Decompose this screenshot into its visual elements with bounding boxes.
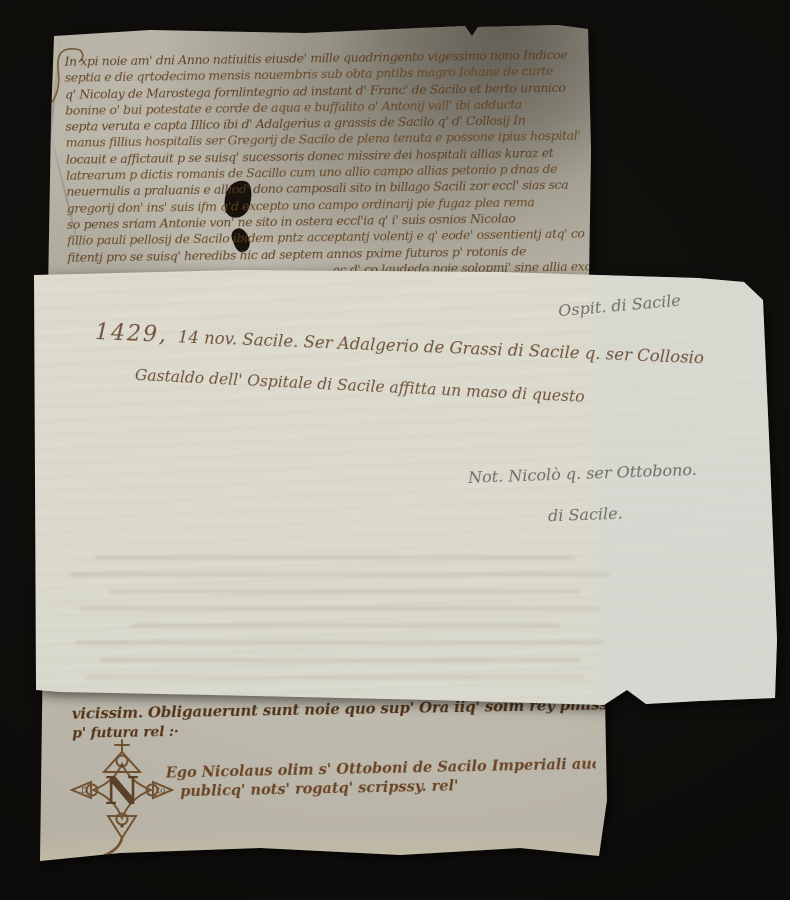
show-through-line bbox=[100, 659, 580, 662]
paper-tone-variation bbox=[596, 266, 786, 711]
show-through-line bbox=[130, 624, 560, 627]
note-shadow-wrap: Ospit. di Sacile 1429,14 nov. Sacile. Se… bbox=[0, 0, 790, 900]
year-1429: 1429, bbox=[94, 320, 168, 348]
summary-line: Gastaldo dell' Ospitale di Sacile affitt… bbox=[135, 366, 585, 406]
show-through-line bbox=[110, 590, 580, 593]
show-through-line bbox=[85, 676, 585, 679]
show-through-line bbox=[80, 607, 600, 610]
photographed-archival-document: In xpi noie am' dni Anno natiuitis eiusd… bbox=[0, 0, 790, 900]
show-through-line bbox=[70, 573, 610, 576]
show-through-line bbox=[75, 641, 605, 644]
show-through-line bbox=[95, 556, 575, 559]
archival-note-sheet: Ospit. di Sacile 1429,14 nov. Sacile. Se… bbox=[0, 0, 790, 900]
pencil-notary-place: di Sacile. bbox=[548, 504, 623, 526]
